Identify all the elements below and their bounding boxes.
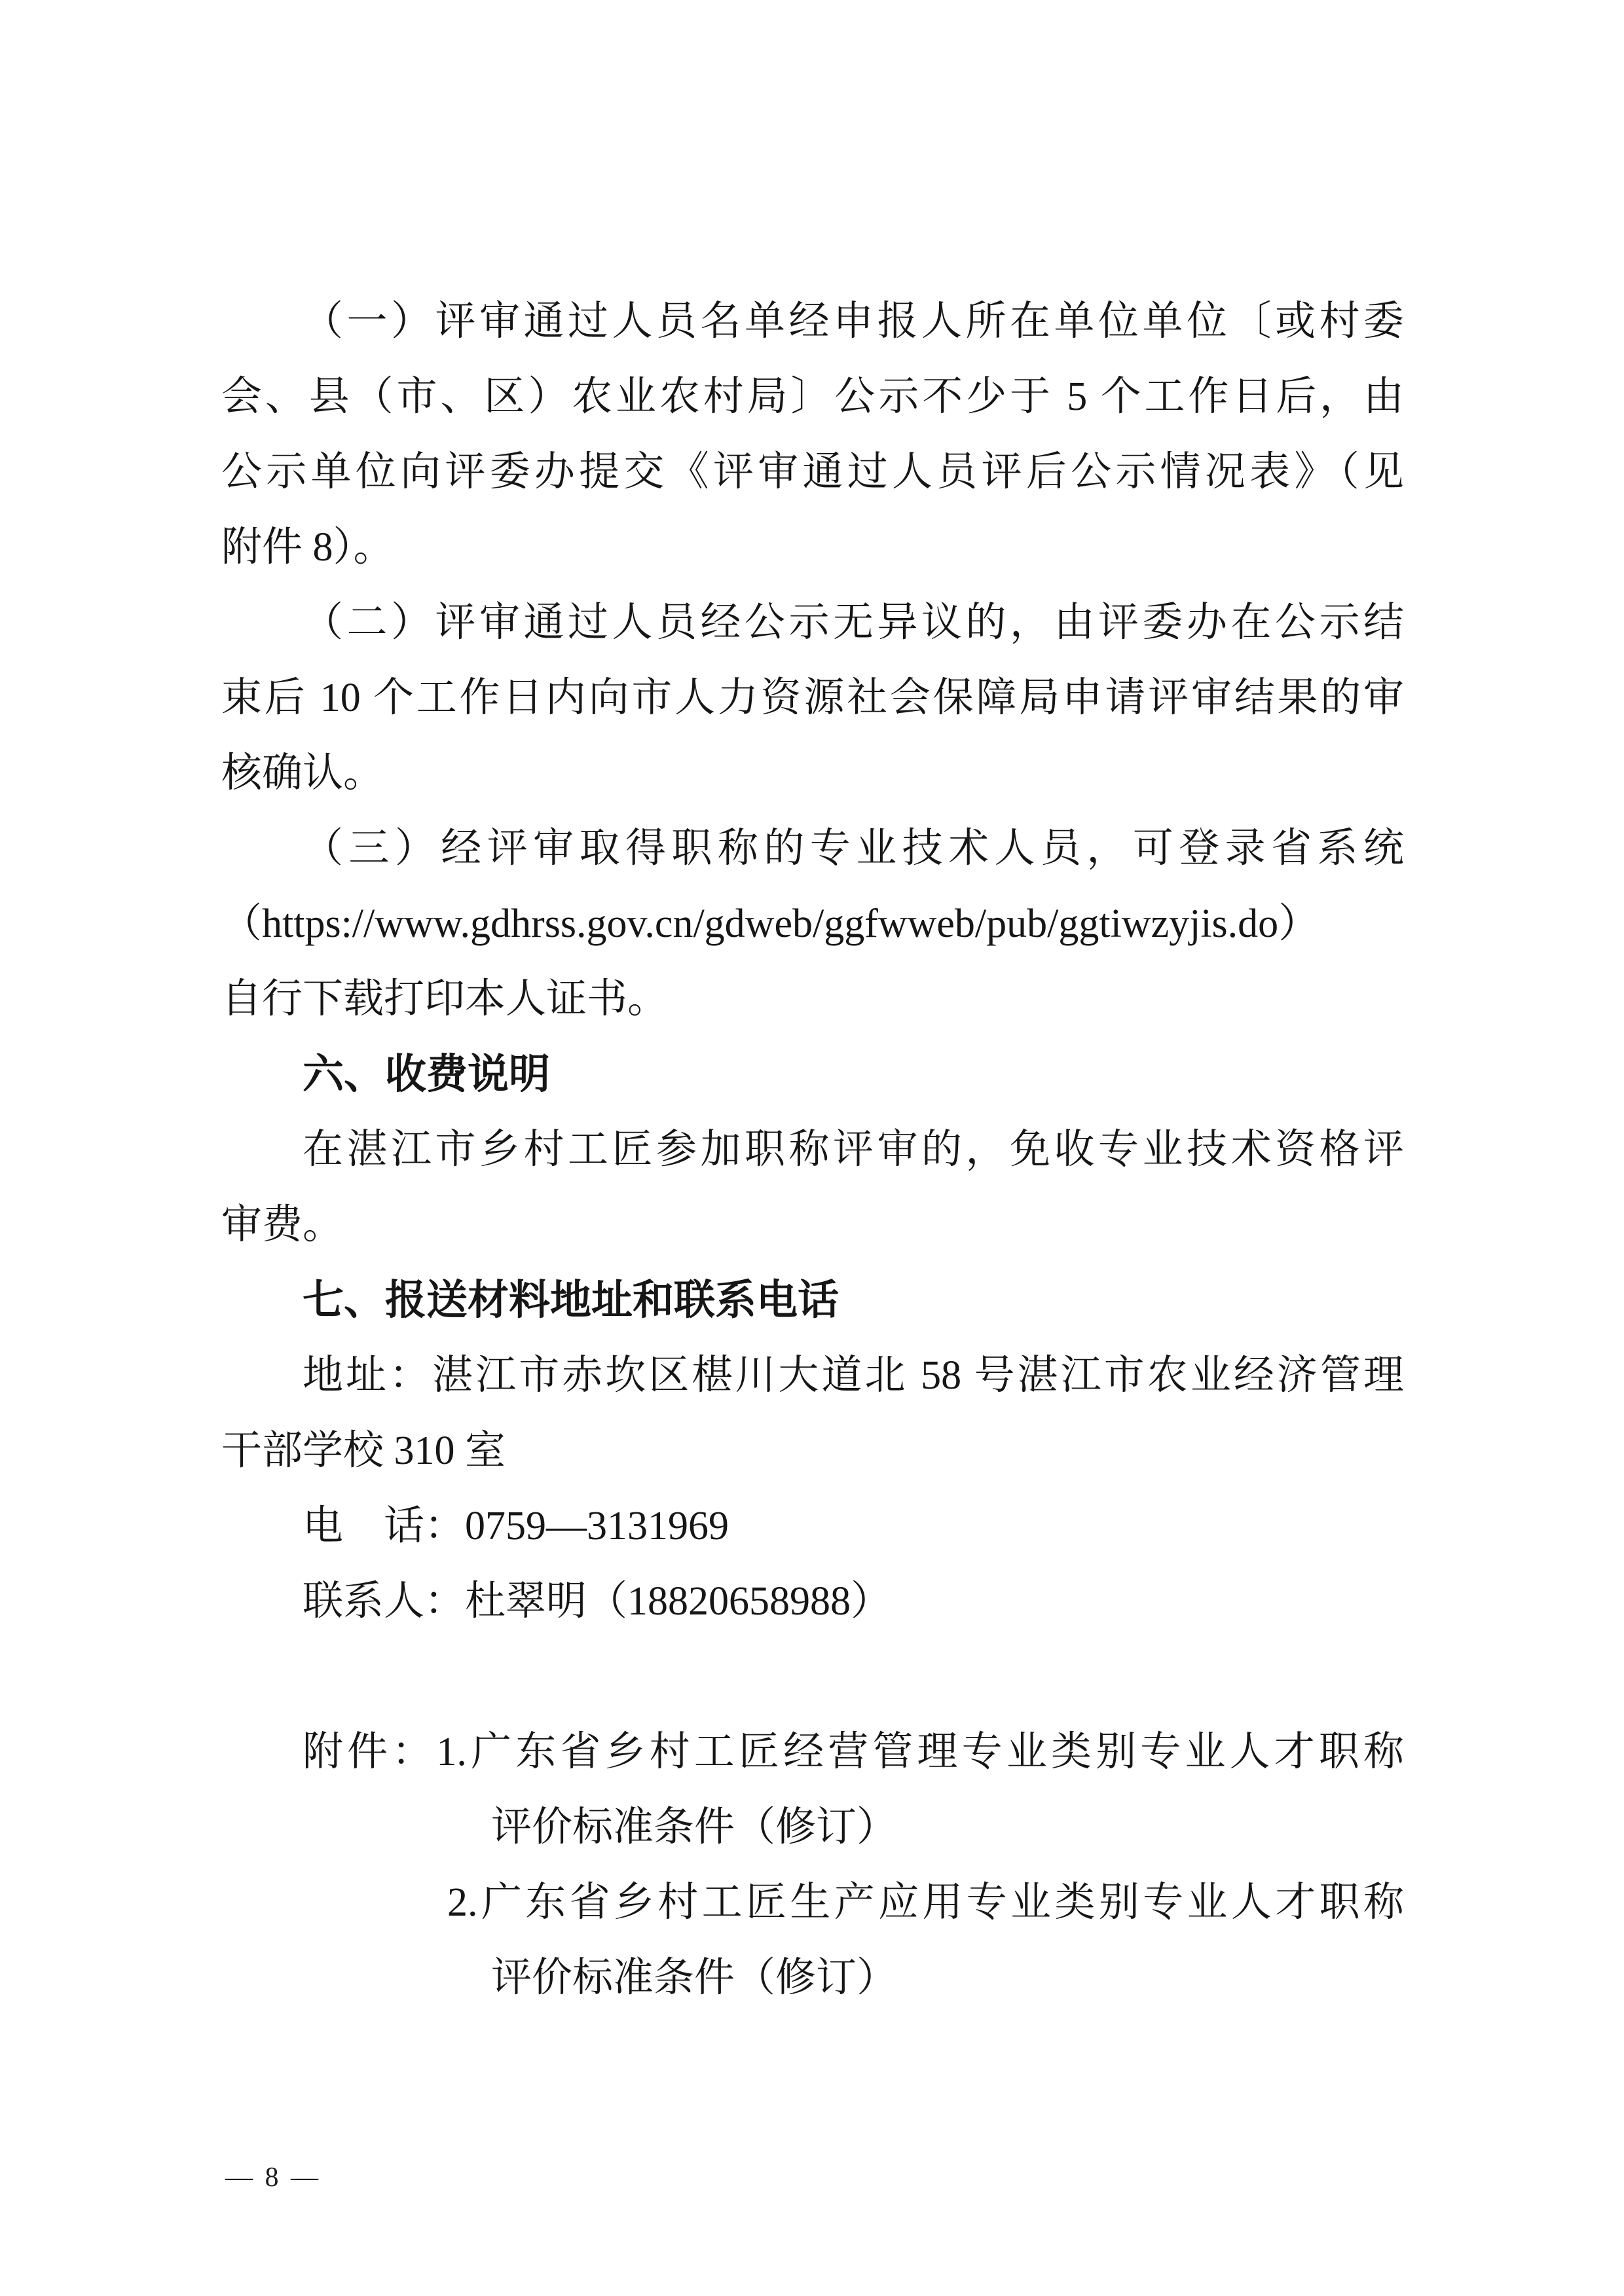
attachment-item-1-line-1: 附件：1.广东省乡村工匠经营管理专业类别专业人才职称 [221, 1715, 1404, 1790]
para-1-line-4: 附件 8）。 [221, 510, 1404, 585]
heading-fees: 六、收费说明 [221, 1037, 1404, 1112]
attachment-item-1-line-2: 评价标准条件（修订） [221, 1790, 1404, 1865]
para-2-line-1: （二）评审通过人员经公示无异议的，由评委办在公示结 [221, 585, 1404, 661]
page-number: — 8 — [225, 2158, 321, 2197]
address-line-2: 干部学校 310 室 [221, 1413, 1404, 1489]
address-line-1: 地址：湛江市赤坎区椹川大道北 58 号湛江市农业经济管理 [221, 1338, 1404, 1413]
heading-contact: 七、报送材料地址和联系电话 [221, 1263, 1404, 1338]
para-2-line-2: 束后 10 个工作日内向市人力资源社会保障局申请评审结果的审 [221, 661, 1404, 736]
document-page: （一）评审通过人员名单经申报人所在单位单位〔或村委 会、县（市、区）农业农村局〕… [0, 0, 1624, 2296]
attachment-item-2-line-1: 2.广东省乡村工匠生产应用专业类别专业人才职称 [221, 1865, 1404, 1941]
phone-line: 电 话：0759—3131969 [221, 1489, 1404, 1564]
para-fees-line-1: 在湛江市乡村工匠参加职称评审的，免收专业技术资格评 [221, 1112, 1404, 1188]
para-1-line-1: （一）评审通过人员名单经申报人所在单位单位〔或村委 [221, 284, 1404, 359]
contact-person-line: 联系人：杜翠明（18820658988） [221, 1564, 1404, 1639]
para-3-line-3: 自行下载打印本人证书。 [221, 962, 1404, 1037]
para-3-url-line: （https://www.gdhrss.gov.cn/gdweb/ggfwweb… [221, 886, 1404, 962]
document-body: （一）评审通过人员名单经申报人所在单位单位〔或村委 会、县（市、区）农业农村局〕… [221, 284, 1404, 2016]
para-1-line-2: 会、县（市、区）农业农村局〕公示不少于 5 个工作日后，由 [221, 359, 1404, 435]
para-2-line-3: 核确认。 [221, 736, 1404, 811]
para-fees-line-2: 审费。 [221, 1188, 1404, 1263]
attachment-item-2-line-2: 评价标准条件（修订） [221, 1941, 1404, 2016]
para-1-line-3: 公示单位向评委办提交《评审通过人员评后公示情况表》（见 [221, 435, 1404, 510]
para-3-line-1: （三）经评审取得职称的专业技术人员，可登录省系统 [221, 811, 1404, 886]
